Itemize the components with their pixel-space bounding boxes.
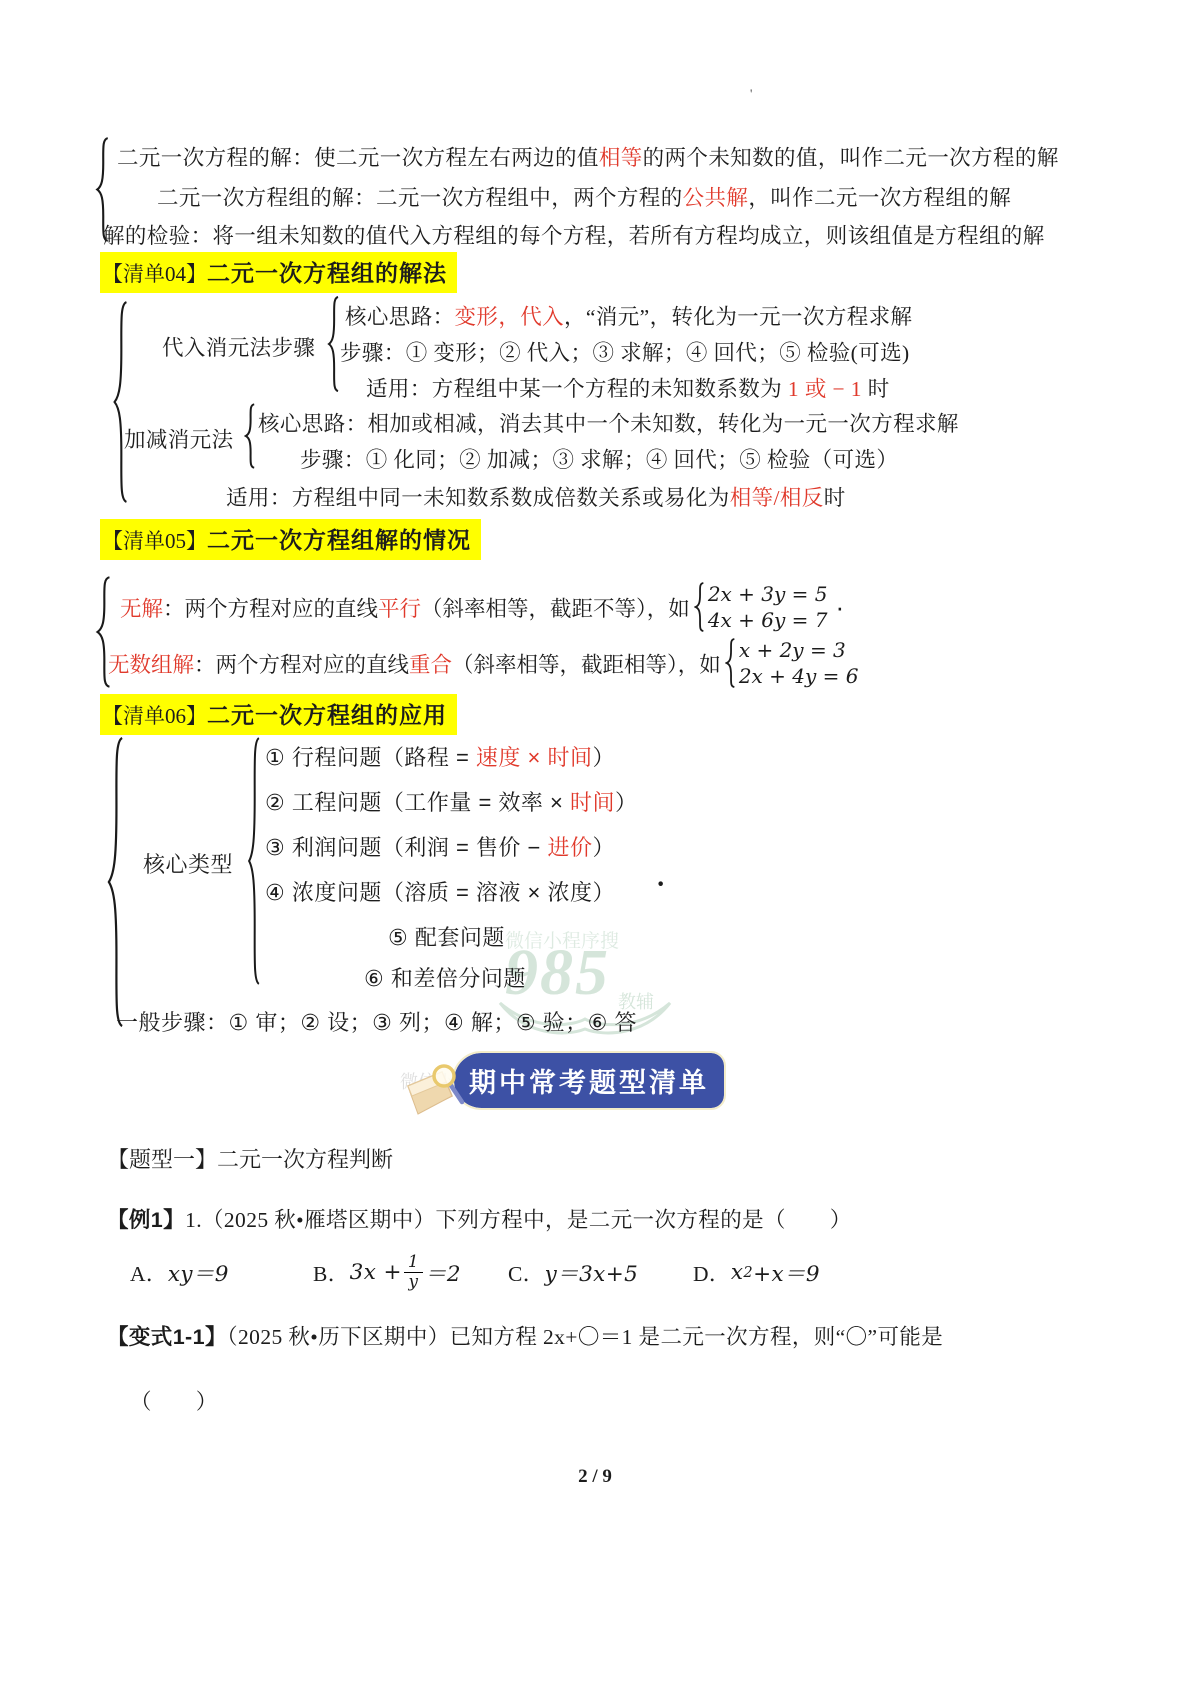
- stray-dot: ·: [656, 869, 665, 901]
- no-solution-row: 无解：两个方程对应的直线平行（斜率相等，截距不等），如 2x + 3y = 54…: [120, 578, 844, 636]
- fraction-denominator: y: [409, 1273, 419, 1291]
- list06-title: 二元一次方程组的应用: [207, 702, 447, 728]
- no-solution-eq2: 4x + 6y = 7: [708, 607, 828, 633]
- substitution-label: 代入消元法步骤: [162, 331, 315, 362]
- option-c-math: y＝3x+5: [545, 1257, 639, 1288]
- app-item-travel: ① 行程问题（路程 = 速度 × 时间）: [265, 741, 615, 772]
- option-b: B．3x +1y＝2: [313, 1248, 461, 1296]
- example-1: 【例1】1.（2025 秋•雁塔区期中）下列方程中，是二元一次方程的是（ ）: [107, 1203, 852, 1234]
- elimination-steps: 步骤：① 化同；② 加减；③ 求解；④ 回代；⑤ 检验（可选）: [300, 443, 898, 474]
- no-solution-system: 2x + 3y = 54x + 6y = 7: [694, 581, 828, 633]
- option-d-label: D．: [693, 1257, 731, 1288]
- app-item-profit: ③ 利润问题（利润 = 售价 − 进价）: [265, 831, 615, 862]
- app-item-matching: ⑤ 配套问题: [388, 921, 505, 952]
- intro-line1-red: 相等: [599, 146, 643, 170]
- intro-line2: 二元一次方程组的解：二元一次方程组中，两个方程的公共解，叫作二元一次方程组的解: [157, 181, 1011, 212]
- option-d: D．x2+x＝9: [693, 1248, 820, 1296]
- substitution-apply-red: 1 或 − 1: [788, 377, 862, 401]
- substitution-apply-post: 时: [862, 377, 890, 401]
- example-1-text: 1.（2025 秋•雁塔区期中）下列方程中，是二元一次方程的是（ ）: [185, 1208, 852, 1232]
- list05-title: 二元一次方程组解的情况: [207, 527, 471, 553]
- infinite-eq1: x + 2y = 3: [739, 637, 859, 663]
- item-post: ）: [615, 790, 638, 815]
- no-solution-mid2: （斜率相等，截距不等），如: [421, 592, 690, 623]
- substitution-core-post: ，“消元”，转化为一元一次方程求解: [564, 305, 912, 329]
- intro-line2-red: 公共解: [683, 186, 749, 210]
- option-b-fraction: 1y: [404, 1253, 423, 1290]
- list06-heading: 【清单06】二元一次方程组的应用: [100, 694, 457, 735]
- item-red: 时间: [570, 790, 615, 815]
- elimination-brace: [244, 403, 256, 469]
- example-1-tag: 【例1】: [107, 1208, 185, 1232]
- list04-heading: 【清单04】二元一次方程组的解法: [100, 252, 457, 293]
- section-banner: 期中常考题型清单: [398, 1048, 728, 1118]
- intro-line1-pre: 二元一次方程的解：使二元一次方程左右两边的值: [117, 146, 599, 170]
- question-type-heading: 【题型一】二元一次方程判断: [107, 1143, 393, 1174]
- banner-label: 期中常考题型清单: [469, 1061, 709, 1100]
- substitution-brace: [327, 295, 340, 393]
- option-a-label: A．: [130, 1257, 168, 1288]
- infinite-solution-row: 无数组解：两个方程对应的直线重合（斜率相等，截距相等），如 x + 2y = 3…: [108, 636, 859, 690]
- intro-line3: 解的检验：将一组未知数的值代入方程组的每个方程，若所有方程均成立，则该组值是方程…: [103, 219, 1045, 250]
- general-steps: 一般步骤：① 审；② 设；③ 列；④ 解；⑤ 验；⑥ 答: [116, 1006, 637, 1037]
- elimination-apply-pre: 适用：方程组中同一未知数系数成倍数关系或易化为: [226, 486, 730, 510]
- substitution-apply-pre: 适用：方程组中某一个方程的未知数系数为: [366, 377, 788, 401]
- app-item-sum-difference: ⑥ 和差倍分问题: [364, 962, 526, 993]
- core-type-brace: [247, 733, 261, 989]
- elimination-apply-red: 相等/相反: [730, 486, 824, 510]
- book-magnifier-icon: [398, 1056, 476, 1120]
- no-solution-term: 无解: [120, 592, 163, 623]
- infinite-coincide: 重合: [409, 648, 452, 679]
- variant-answer-paren: （ ）: [130, 1385, 218, 1416]
- item-pre: ④ 浓度问题（溶质 = 溶液 × 浓度）: [265, 880, 615, 905]
- option-d-base: x: [731, 1260, 744, 1285]
- option-a: A．xy＝9: [130, 1248, 229, 1296]
- substitution-core-pre: 核心思路：: [345, 305, 455, 329]
- item-pre: ② 工程问题（工作量 = 效率 ×: [265, 790, 570, 815]
- substitution-core-red: 变形，代入: [455, 305, 565, 329]
- elimination-label: 加减消元法: [124, 423, 234, 454]
- variant-1-1: 【变式1-1】（2025 秋•历下区期中）已知方程 2x+〇＝1 是二元一次方程…: [107, 1320, 943, 1351]
- elimination-core: 核心思路：相加或相减，消去其中一个未知数，转化为一元一次方程求解: [258, 407, 959, 438]
- variant-1-1-text: （2025 秋•历下区期中）已知方程 2x+〇＝1 是二元一次方程，则“〇”可能…: [227, 1325, 943, 1349]
- item-post: ）: [593, 745, 616, 770]
- banner-bar: 期中常考题型清单: [454, 1053, 724, 1108]
- page-number: 2 / 9: [0, 1466, 1190, 1488]
- option-b-math-pre: 3x +: [350, 1260, 402, 1285]
- core-type-label: 核心类型: [143, 848, 233, 879]
- stray-mark: ': [750, 86, 752, 102]
- option-c: C．y＝3x+5: [508, 1248, 638, 1296]
- infinite-mid1: ：两个方程对应的直线: [194, 648, 409, 679]
- item-post: ）: [593, 835, 616, 860]
- stray-dot: ·: [836, 592, 845, 623]
- no-solution-parallel: 平行: [378, 592, 421, 623]
- intro-line1-post: 的两个未知数的值，叫作二元一次方程的解: [643, 146, 1059, 170]
- option-d-exponent: 2: [743, 1264, 753, 1281]
- list04-title: 二元一次方程组的解法: [207, 260, 447, 286]
- substitution-steps: 步骤：① 变形；② 代入；③ 求解；④ 回代；⑤ 检验(可选): [340, 336, 910, 367]
- intro-line2-post: ，叫作二元一次方程组的解: [748, 186, 1011, 210]
- elimination-apply-post: 时: [824, 486, 846, 510]
- intro-line2-pre: 二元一次方程组的解：二元一次方程组中，两个方程的: [157, 186, 683, 210]
- option-b-math-post: ＝2: [425, 1257, 461, 1288]
- item-pre: ③ 利润问题（利润 = 售价 −: [265, 835, 547, 860]
- list06-tag: 【清单06】: [102, 704, 207, 728]
- option-c-label: C．: [508, 1257, 545, 1288]
- infinite-term: 无数组解: [108, 648, 194, 679]
- infinite-system: x + 2y = 32x + 4y = 6: [725, 637, 859, 689]
- app-item-concentration: ④ 浓度问题（溶质 = 溶液 × 浓度）: [265, 876, 615, 907]
- elimination-apply: 适用：方程组中同一未知数系数成倍数关系或易化为相等/相反时: [226, 481, 846, 512]
- option-a-math: xy＝9: [168, 1257, 229, 1288]
- item-red: 速度 × 时间: [476, 745, 593, 770]
- app-item-work: ② 工程问题（工作量 = 效率 × 时间）: [265, 786, 638, 817]
- list04-tag: 【清单04】: [102, 262, 207, 286]
- item-red: 进价: [547, 835, 592, 860]
- option-b-label: B．: [313, 1257, 350, 1288]
- no-solution-mid1: ：两个方程对应的直线: [163, 592, 378, 623]
- list06-outer-brace: [106, 732, 125, 1032]
- substitution-apply: 适用：方程组中某一个方程的未知数系数为 1 或 − 1 时: [366, 372, 890, 403]
- no-solution-eq1: 2x + 3y = 5: [708, 581, 828, 607]
- document-page: ' 微信小程序搜 985 教辅 微信小程序搜 985 教辅 二元一次方程的解：使…: [0, 0, 1190, 1683]
- option-d-post: +x＝9: [753, 1257, 820, 1288]
- system-brace-icon: [694, 582, 705, 632]
- system-brace-icon: [725, 638, 736, 688]
- item-pre: ① 行程问题（路程 =: [265, 745, 476, 770]
- intro-line1: 二元一次方程的解：使二元一次方程左右两边的值相等的两个未知数的值，叫作二元一次方…: [117, 141, 1059, 172]
- infinite-eq2: 2x + 4y = 6: [739, 663, 859, 689]
- list05-heading: 【清单05】二元一次方程组解的情况: [100, 519, 481, 560]
- substitution-core: 核心思路：变形，代入，“消元”，转化为一元一次方程求解: [345, 300, 912, 331]
- infinite-mid2: （斜率相等，截距相等），如: [452, 648, 721, 679]
- variant-1-1-tag: 【变式1-1】: [107, 1325, 227, 1349]
- list05-tag: 【清单05】: [102, 529, 207, 553]
- list04-outer-brace: [112, 298, 129, 506]
